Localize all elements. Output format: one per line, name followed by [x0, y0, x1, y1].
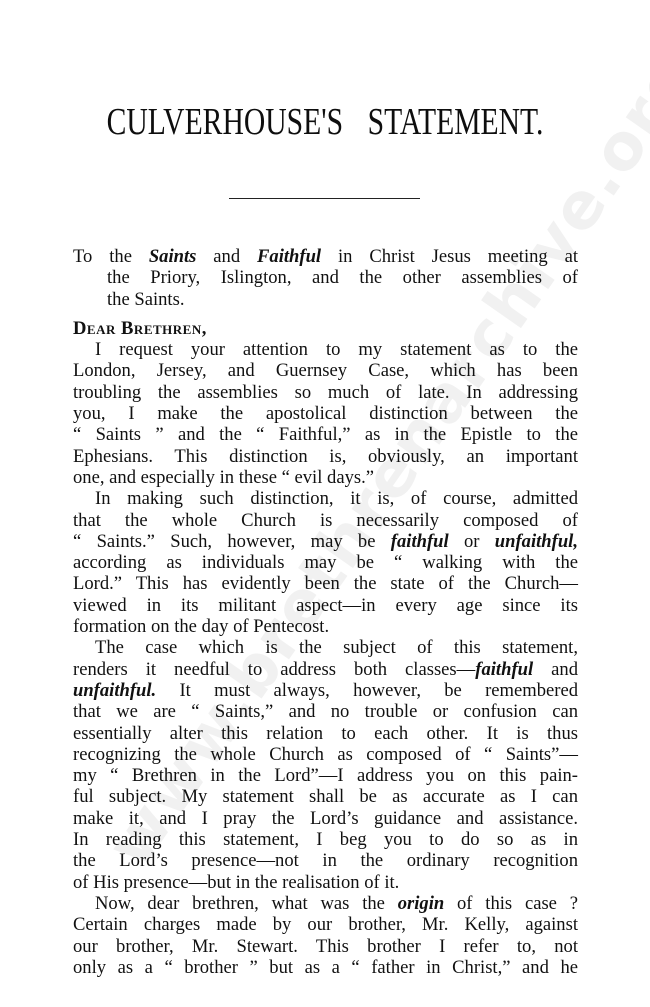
paragraph: In making such distinction, it is, of co…	[73, 488, 578, 637]
paragraph-line: In making such distinction, it is, of co…	[73, 488, 578, 509]
paragraph-line: Now, dear brethren, what was the origin …	[73, 893, 578, 914]
address-block: To the Saints and Faithful in Christ Jes…	[73, 246, 578, 310]
paragraph: The case which is the subject of this st…	[73, 637, 578, 893]
paragraph: Now, dear brethren, what was the origin …	[73, 893, 578, 978]
address-line: To the Saints and Faithful in Christ Jes…	[73, 246, 578, 267]
paragraph: I request your attention to my statement…	[73, 339, 578, 488]
paragraph-line: the Lord’s presence—not in the ordinary …	[73, 850, 578, 871]
paragraph-line: that the whole Church is necessarily com…	[73, 510, 578, 531]
emphasis: unfaithful,	[495, 531, 578, 552]
salutation: Dear Brethren,	[73, 318, 578, 339]
paragraph-line: ful subject. My statement shall be as ac…	[73, 786, 578, 807]
paragraph-line: you, I make the apostolical distinction …	[73, 403, 578, 424]
paragraph-line: unfaithful. It must always, however, be …	[73, 680, 578, 701]
paragraph-line: In reading this statement, I beg you to …	[73, 829, 578, 850]
title-divider	[229, 198, 420, 199]
paragraph-line: according as individuals may be “ walkin…	[73, 552, 578, 573]
paragraph-line: that we are “ Saints,” and no trouble or…	[73, 701, 578, 722]
paragraph-line: Certain charges made by our brother, Mr.…	[73, 914, 578, 935]
paragraph-line: “ Saints.” Such, however, may be faithfu…	[73, 531, 578, 552]
address-line: the Saints.	[73, 289, 578, 310]
paragraph-line: make it, and I pray the Lord’s guidance …	[73, 808, 578, 829]
emphasis: origin	[398, 893, 445, 914]
document-page: CULVERHOUSE'S STATEMENT. To the Saints a…	[0, 0, 650, 1007]
paragraph-line: viewed in its militant aspect—in every a…	[73, 595, 578, 616]
paragraph-line: I request your attention to my statement…	[73, 339, 578, 360]
paragraph-line: recognizing the whole Church as composed…	[73, 744, 578, 765]
paragraph-line: troubling the assemblies so much of late…	[73, 382, 578, 403]
emphasis: Faithful	[257, 246, 321, 267]
paragraph-line: Lord.” This has evidently been the state…	[73, 573, 578, 594]
emphasis: Saints	[149, 246, 197, 267]
paragraph-line: Ephesians. This distinction is, obviousl…	[73, 446, 578, 467]
paragraph-line: essentially alter this relation to each …	[73, 723, 578, 744]
emphasis: faithful	[475, 659, 533, 680]
paragraph-line: formation on the day of Pentecost.	[73, 616, 578, 637]
emphasis: faithful	[391, 531, 449, 552]
paragraph-line: our brother, Mr. Stewart. This brother I…	[73, 936, 578, 957]
letter-body: To the Saints and Faithful in Christ Jes…	[73, 246, 578, 978]
paragraph-line: my “ Brethren in the Lord”—I address you…	[73, 765, 578, 786]
emphasis: unfaithful.	[73, 680, 156, 701]
address-line: the Priory, Islington, and the other ass…	[73, 267, 578, 288]
paragraph-line: renders it needful to address both class…	[73, 659, 578, 680]
paragraph-line: “ Saints ” and the “ Faithful,” as in th…	[73, 424, 578, 445]
paragraph-line: The case which is the subject of this st…	[73, 637, 578, 658]
paragraph-line: London, Jersey, and Guernsey Case, which…	[73, 360, 578, 381]
paragraphs: I request your attention to my statement…	[73, 339, 578, 978]
paragraph-line: only as a “ brother ” but as a “ father …	[73, 957, 578, 978]
paragraph-line: of His presence—but in the realisation o…	[73, 872, 578, 893]
paragraph-line: one, and especially in these “ evil days…	[73, 467, 578, 488]
page-title: CULVERHOUSE'S STATEMENT.	[72, 100, 579, 144]
